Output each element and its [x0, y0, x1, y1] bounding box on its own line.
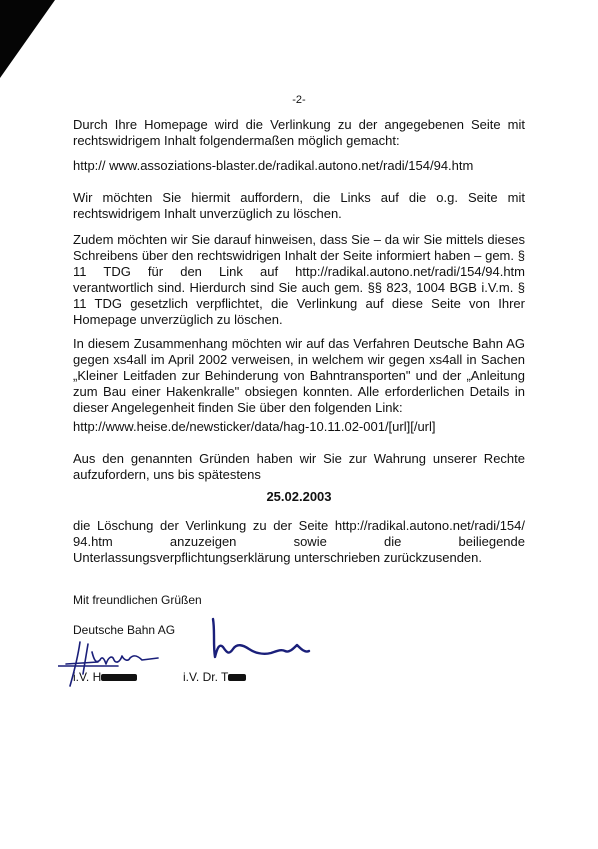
paragraph-legal-notice: Zudem möchten wir Sie darauf hinweisen, …	[73, 232, 525, 328]
signature-1-icon	[58, 638, 168, 688]
paragraph-demand: Aus den genannten Gründen haben wir Sie …	[73, 451, 525, 483]
deadline-date: 25.02.2003	[0, 489, 598, 504]
paragraph-deletion: die Löschung der Verlinkung zu der Seite…	[73, 518, 525, 566]
paragraph-request: Wir möchten Sie hiermit auffordern, die …	[73, 190, 525, 222]
signature-2-icon	[205, 615, 315, 675]
scan-corner-shadow	[0, 0, 55, 78]
paragraph-url-1: http:// www.assoziations-blaster.de/radi…	[73, 158, 525, 174]
paragraph-precedent: In diesem Zusammenhang möchten wir auf d…	[73, 336, 525, 416]
closing-company: Deutsche Bahn AG	[73, 623, 175, 637]
closing-greeting: Mit freundlichen Grüßen	[73, 593, 202, 607]
paragraph-url-2: http://www.heise.de/newsticker/data/hag-…	[73, 419, 525, 435]
paragraph-intro: Durch Ihre Homepage wird die Verlinkung …	[73, 117, 525, 149]
page-number: -2-	[0, 94, 598, 106]
redaction-bar	[228, 674, 246, 681]
